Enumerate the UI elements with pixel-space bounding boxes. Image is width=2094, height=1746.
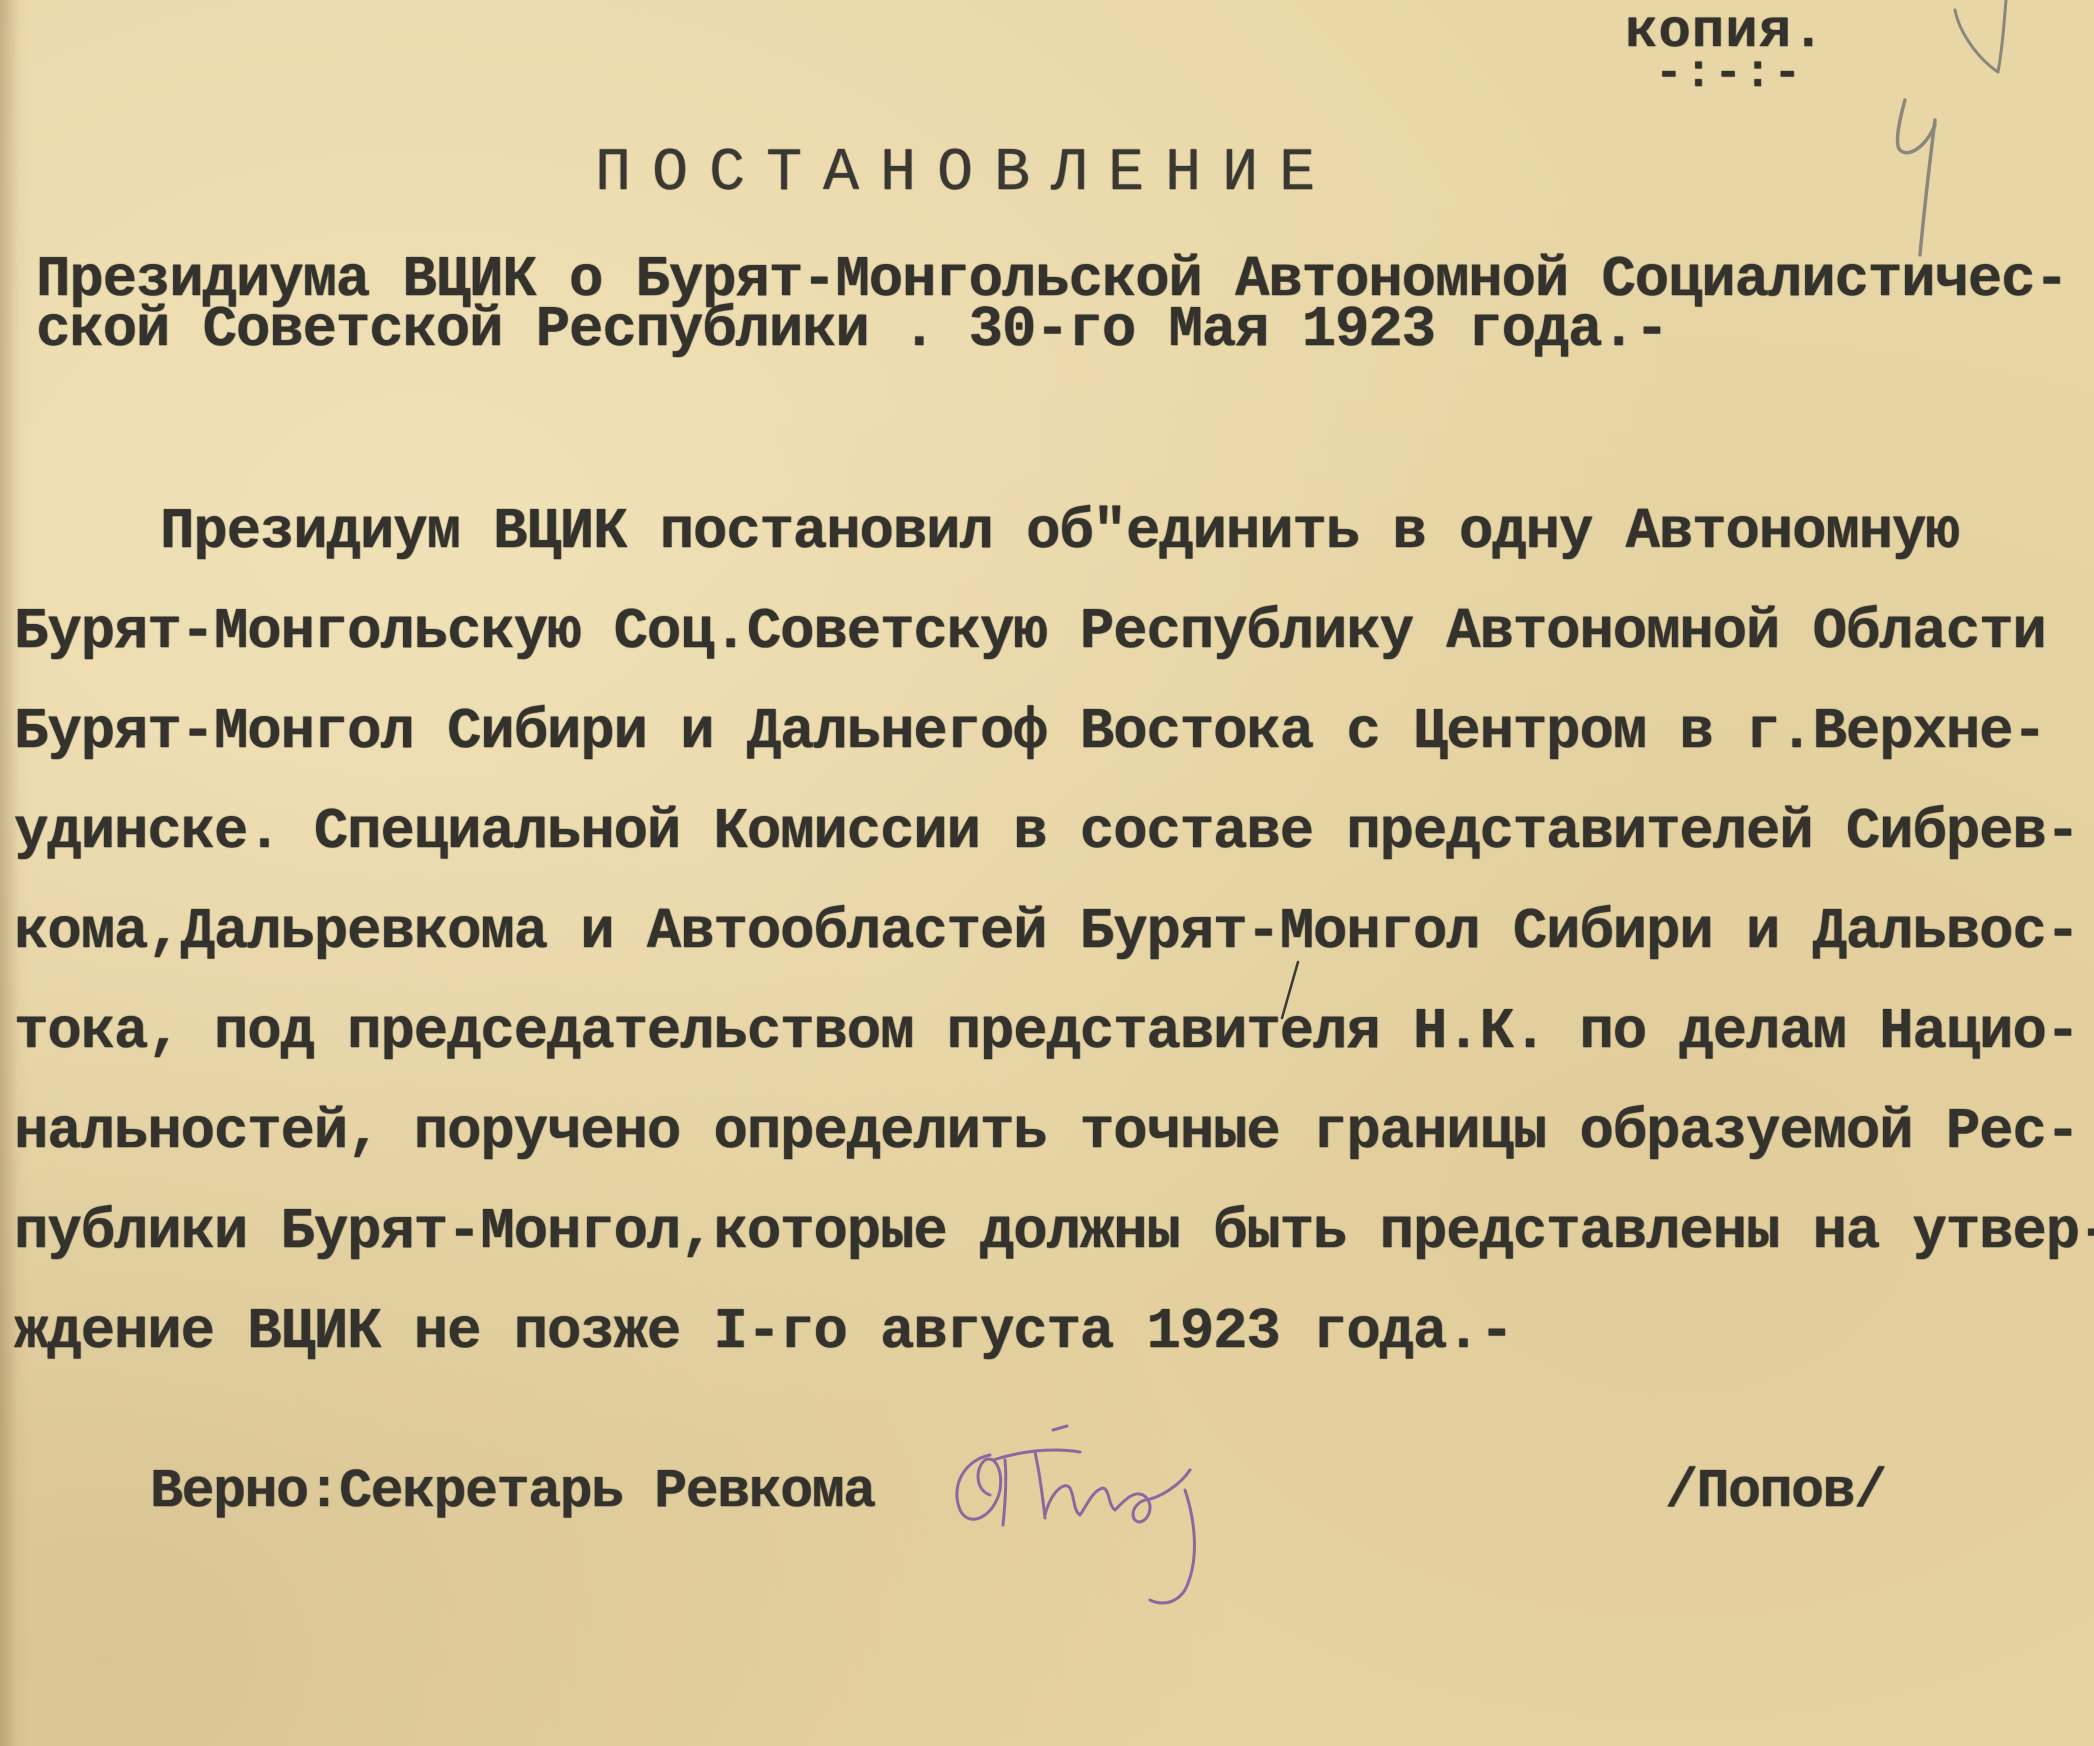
handwritten-page-number xyxy=(1880,90,1960,260)
body-line: тока, под председательством представител… xyxy=(14,1000,2079,1065)
signatory-name: /Попов/ xyxy=(1665,1460,1886,1523)
body-line: кома,Дальревкома и Автообластей Бурят-Мо… xyxy=(14,900,2079,965)
handwritten-signature xyxy=(945,1410,1405,1610)
body-line: удинске. Специальной Комиссии в составе … xyxy=(14,800,2079,865)
paper-edge-shadow xyxy=(0,0,18,1746)
certification-label: Верно:Секретарь Ревкома xyxy=(150,1460,875,1523)
body-line: Бурят-Монгол Сибири и Дальнегоф Востока … xyxy=(14,700,2046,765)
body-line: Бурят-Монгольскую Соц.Советскую Республи… xyxy=(14,600,2046,665)
document-title: ПОСТАНОВЛЕНИЕ xyxy=(595,140,1336,208)
copy-ornament: -:-:- xyxy=(1655,48,1803,100)
body-line: Президиум ВЦИК постановил об"единить в о… xyxy=(160,500,1959,565)
body-line: ждение ВЦИК не позже I-го августа 1923 г… xyxy=(14,1300,1513,1365)
subtitle-line: ской Советской Республики . 30-го Мая 19… xyxy=(36,298,1668,363)
pencil-corner-mark xyxy=(1940,0,2070,75)
pencil-tick-mark xyxy=(1270,960,1310,1020)
body-line: публики Бурят-Монгол,которые должны быть… xyxy=(14,1200,2094,1265)
body-line: нальностей, поручено определить точные г… xyxy=(14,1100,2079,1165)
